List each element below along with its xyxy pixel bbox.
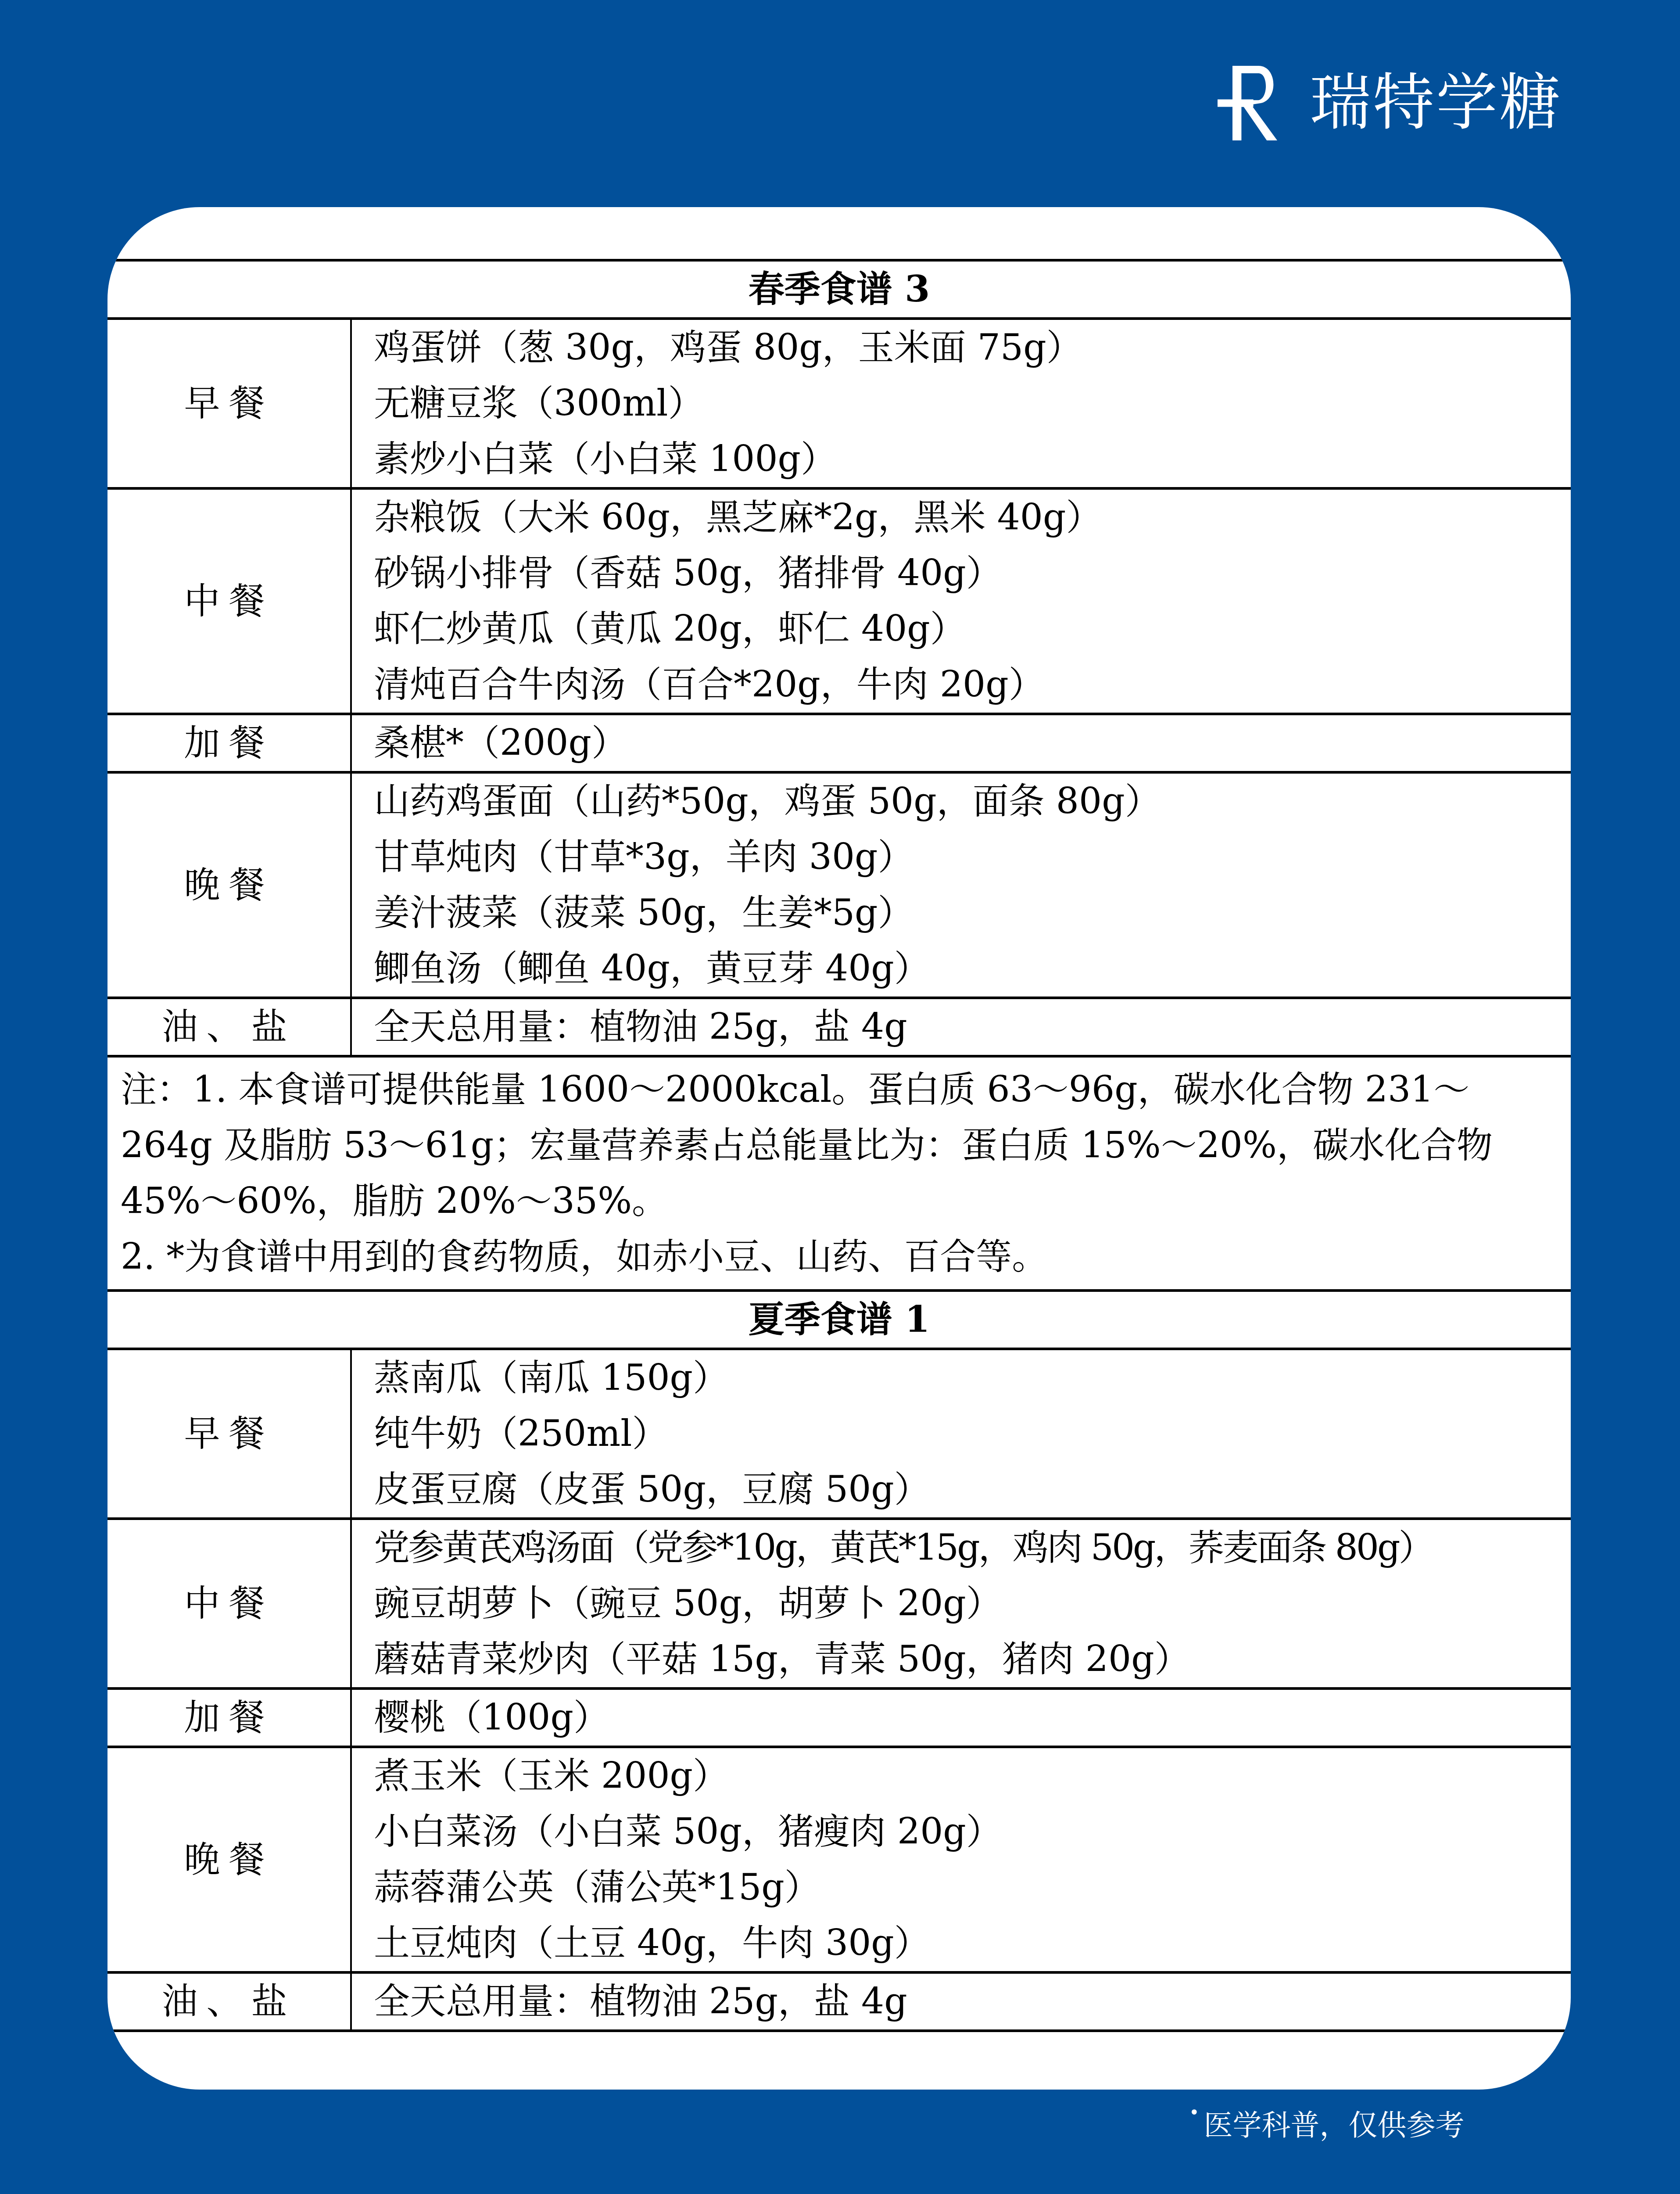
- meal-items: 煮玉米（玉米 200g） 小白菜汤（小白菜 50g，猪瘦肉 20g） 蒜蓉蒲公英…: [351, 1747, 1571, 1972]
- dish: 素炒小白菜（小白菜 100g）: [374, 431, 1571, 487]
- dish: 清炖百合牛肉汤（百合*20g，牛肉 20g）: [374, 657, 1571, 713]
- spring-notes-row: 注：1. 本食谱可提供能量 1600～2000kcal。蛋白质 63～96g，碳…: [107, 1056, 1571, 1291]
- bullet-dot-icon: •: [1189, 2102, 1200, 2124]
- spring-row-breakfast: 早餐 鸡蛋饼（葱 30g，鸡蛋 80g，玉米面 75g） 无糖豆浆（300ml）…: [107, 319, 1571, 488]
- dish: 煮玉米（玉米 200g）: [374, 1748, 1571, 1804]
- dish: 全天总用量：植物油 25g，盐 4g: [374, 1974, 1571, 2029]
- meal-items: 全天总用量：植物油 25g，盐 4g: [351, 998, 1571, 1056]
- summer-row-breakfast: 早餐 蒸南瓜（南瓜 150g） 纯牛奶（250ml） 皮蛋豆腐（皮蛋 50g，豆…: [107, 1349, 1571, 1519]
- meal-label: 晚餐: [107, 772, 351, 998]
- disclaimer-text: 医学科普，仅供参考: [1204, 2102, 1465, 2144]
- meal-items: 全天总用量：植物油 25g，盐 4g: [351, 1972, 1571, 2031]
- dish: 甘草炖肉（甘草*3g，羊肉 30g）: [374, 829, 1571, 885]
- summer-row-dinner: 晚餐 煮玉米（玉米 200g） 小白菜汤（小白菜 50g，猪瘦肉 20g） 蒜蓉…: [107, 1747, 1571, 1972]
- dish: 鲫鱼汤（鲫鱼 40g，黄豆芽 40g）: [374, 941, 1571, 997]
- dish: 纯牛奶（250ml）: [374, 1406, 1571, 1462]
- dish: 皮蛋豆腐（皮蛋 50g，豆腐 50g）: [374, 1462, 1571, 1517]
- meal-items: 蒸南瓜（南瓜 150g） 纯牛奶（250ml） 皮蛋豆腐（皮蛋 50g，豆腐 5…: [351, 1349, 1571, 1519]
- brand-name: 瑞特学糖: [1310, 72, 1562, 134]
- meal-items: 山药鸡蛋面（山药*50g，鸡蛋 50g，面条 80g） 甘草炖肉（甘草*3g，羊…: [351, 772, 1571, 998]
- dish: 蒜蓉蒲公英（蒲公英*15g）: [374, 1860, 1571, 1915]
- spring-notes: 注：1. 本食谱可提供能量 1600～2000kcal。蛋白质 63～96g，碳…: [107, 1056, 1571, 1291]
- dish: 土豆炖肉（土豆 40g，牛肉 30g）: [374, 1915, 1571, 1971]
- summer-row-lunch: 中餐 党参黄芪鸡汤面（党参*10g，黄芪*15g，鸡肉 50g，荞麦面条 80g…: [107, 1519, 1571, 1689]
- meal-items: 杂粮饭（大米 60g，黑芝麻*2g，黑米 40g） 砂锅小排骨（香菇 50g，猪…: [351, 488, 1571, 714]
- meal-items: 党参黄芪鸡汤面（党参*10g，黄芪*15g，鸡肉 50g，荞麦面条 80g） 豌…: [351, 1519, 1571, 1689]
- summer-title: 夏季食谱 1: [107, 1291, 1571, 1349]
- dish: 小白菜汤（小白菜 50g，猪瘦肉 20g）: [374, 1804, 1571, 1860]
- dish: 鸡蛋饼（葱 30g，鸡蛋 80g，玉米面 75g）: [374, 320, 1571, 376]
- spring-title-row: 春季食谱 3: [107, 260, 1571, 319]
- spring-title: 春季食谱 3: [107, 260, 1571, 319]
- dish: 党参黄芪鸡汤面（党参*10g，黄芪*15g，鸡肉 50g，荞麦面条 80g）: [374, 1520, 1571, 1576]
- menu-card: 春季食谱 3 早餐 鸡蛋饼（葱 30g，鸡蛋 80g，玉米面 75g） 无糖豆浆…: [107, 207, 1571, 2090]
- summer-title-row: 夏季食谱 1: [107, 1291, 1571, 1349]
- menu-table: 春季食谱 3 早餐 鸡蛋饼（葱 30g，鸡蛋 80g，玉米面 75g） 无糖豆浆…: [107, 259, 1571, 2032]
- dish: 山药鸡蛋面（山药*50g，鸡蛋 50g，面条 80g）: [374, 774, 1571, 829]
- dish: 桑椹*（200g）: [374, 715, 1571, 771]
- disclaimer: • 医学科普，仅供参考: [1189, 2102, 1465, 2144]
- meal-label: 中餐: [107, 1519, 351, 1689]
- meal-items: 樱桃（100g）: [351, 1689, 1571, 1747]
- meal-label: 早餐: [107, 319, 351, 488]
- meal-label: 加餐: [107, 1689, 351, 1747]
- spring-row-dinner: 晚餐 山药鸡蛋面（山药*50g，鸡蛋 50g，面条 80g） 甘草炖肉（甘草*3…: [107, 772, 1571, 998]
- meal-items: 桑椹*（200g）: [351, 714, 1571, 772]
- dish: 虾仁炒黄瓜（黄瓜 20g，虾仁 40g）: [374, 601, 1571, 657]
- meal-label: 晚餐: [107, 1747, 351, 1972]
- dish: 姜汁菠菜（菠菜 50g，生姜*5g）: [374, 885, 1571, 941]
- dish: 蘑菇青菜炒肉（平菇 15g，青菜 50g，猪肉 20g）: [374, 1631, 1571, 1687]
- note-2: 2. *为食谱中用到的食药物质，如赤小豆、山药、百合等。: [121, 1229, 1558, 1285]
- dish: 樱桃（100g）: [374, 1690, 1571, 1746]
- spring-row-oil-salt: 油、盐 全天总用量：植物油 25g，盐 4g: [107, 998, 1571, 1056]
- meal-label: 中餐: [107, 488, 351, 714]
- brand-logo: 瑞特学糖: [1218, 66, 1562, 140]
- spring-row-lunch: 中餐 杂粮饭（大米 60g，黑芝麻*2g，黑米 40g） 砂锅小排骨（香菇 50…: [107, 488, 1571, 714]
- meal-label: 加餐: [107, 714, 351, 772]
- summer-row-oil-salt: 油、盐 全天总用量：植物油 25g，盐 4g: [107, 1972, 1571, 2031]
- dish: 全天总用量：植物油 25g，盐 4g: [374, 999, 1571, 1055]
- dish: 杂粮饭（大米 60g，黑芝麻*2g，黑米 40g）: [374, 490, 1571, 545]
- spring-row-snack: 加餐 桑椹*（200g）: [107, 714, 1571, 772]
- meal-items: 鸡蛋饼（葱 30g，鸡蛋 80g，玉米面 75g） 无糖豆浆（300ml） 素炒…: [351, 319, 1571, 488]
- dish: 蒸南瓜（南瓜 150g）: [374, 1350, 1571, 1406]
- dish: 豌豆胡萝卜（豌豆 50g，胡萝卜 20g）: [374, 1576, 1571, 1631]
- meal-label: 油、盐: [107, 1972, 351, 2031]
- meal-label: 油、盐: [107, 998, 351, 1056]
- dish: 砂锅小排骨（香菇 50g，猪排骨 40g）: [374, 545, 1571, 601]
- summer-row-snack: 加餐 樱桃（100g）: [107, 1689, 1571, 1747]
- rt-logo-icon: [1218, 66, 1292, 140]
- meal-label: 早餐: [107, 1349, 351, 1519]
- dish: 无糖豆浆（300ml）: [374, 376, 1571, 431]
- note-1: 注：1. 本食谱可提供能量 1600～2000kcal。蛋白质 63～96g，碳…: [121, 1062, 1558, 1229]
